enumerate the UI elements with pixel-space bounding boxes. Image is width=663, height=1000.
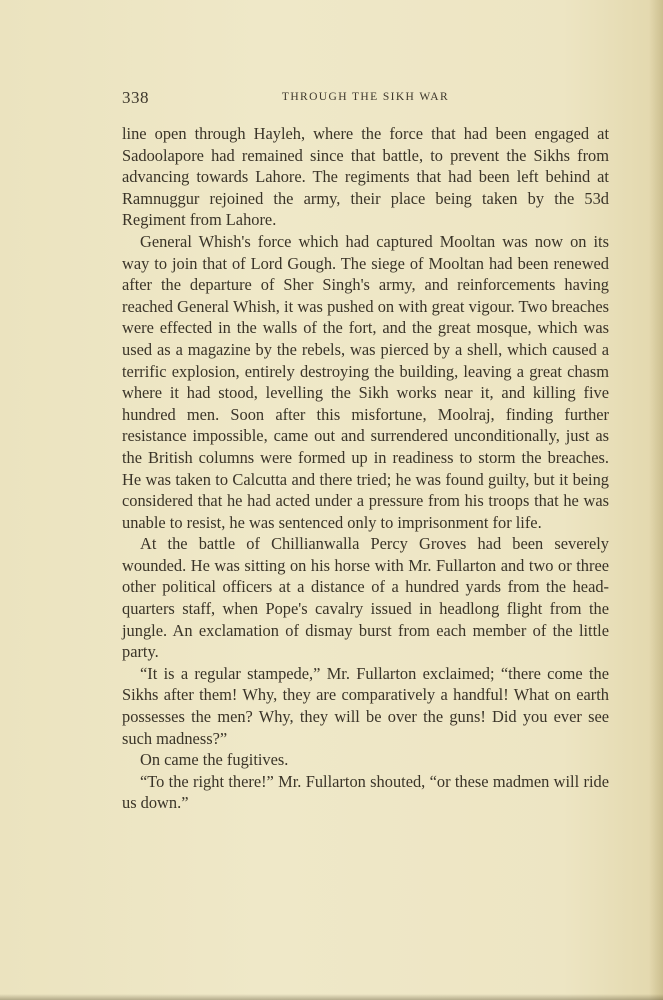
paragraph-continuation: line open through Hayleh, where the forc… <box>122 123 609 231</box>
paragraph-chillianwalla: At the battle of Chillianwalla Percy Gro… <box>122 533 609 663</box>
running-title: THROUGH THE SIKH WAR <box>122 91 609 103</box>
paragraph-fugitives: On came the fugitives. <box>122 749 609 771</box>
paragraph-siege-of-mooltan: General Whish's force which had captured… <box>122 231 609 533</box>
page-edge-shadow-right <box>649 0 663 1000</box>
book-page: 338 THROUGH THE SIKH WAR line open throu… <box>0 0 663 1000</box>
paragraph-stampede-quote: “It is a regular stampede,” Mr. Fullarto… <box>122 663 609 749</box>
page-edge-shadow-bottom <box>0 994 663 1000</box>
paragraph-to-the-right-quote: “To the right there!” Mr. Fullarton shou… <box>122 771 609 814</box>
body-text: line open through Hayleh, where the forc… <box>122 123 609 814</box>
running-head: 338 THROUGH THE SIKH WAR <box>122 88 609 110</box>
